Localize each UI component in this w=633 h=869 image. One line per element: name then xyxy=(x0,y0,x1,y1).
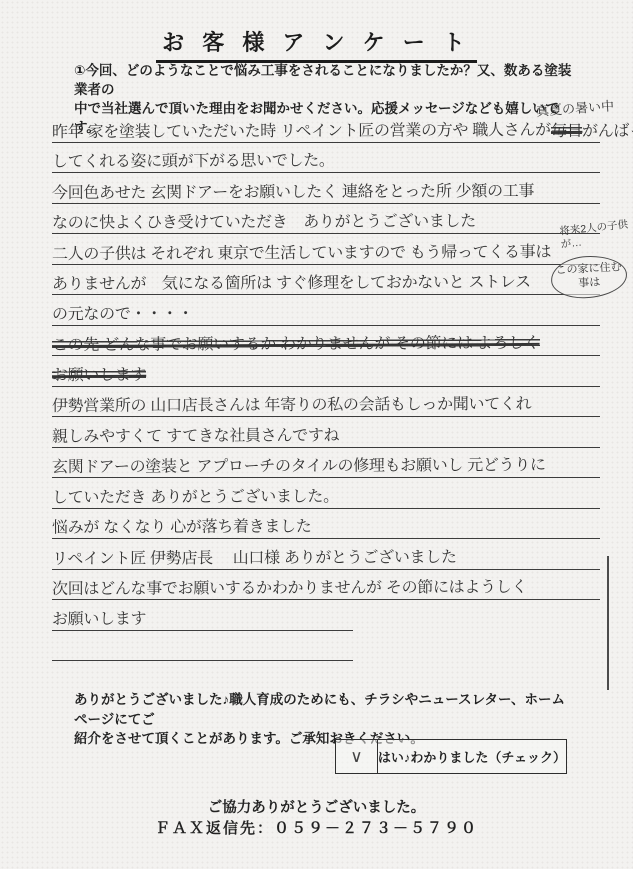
scan-artifact-line xyxy=(607,556,609,690)
handwriting-line-17: お願いします xyxy=(52,600,353,631)
handwriting-text: していただき ありがとうございました。 xyxy=(52,483,339,508)
check-mark-icon: ∨ xyxy=(350,747,362,767)
handwriting-text: 親しみやすくて すてきな社員さんですね xyxy=(52,422,339,447)
handwriting-struck-text: 毎日 xyxy=(551,117,583,141)
acknowledge-checkbox-group: ∨ はい♪わかりました（チェック） xyxy=(335,739,567,774)
survey-question-line1: ①今回、どのようなことで悩み工事をされることになりましたか？又、数ある塗装業者の xyxy=(74,62,572,100)
handwriting-text: リペイント匠 伊勢店長 山口様 ありがとうございました xyxy=(52,544,457,570)
handwritten-answer-area: 昨年 家を塗装していただいた時 リペイント匠の営業の方や 職人さんが毎日がんばっ… xyxy=(52,112,600,661)
handwriting-line-6: ありませんが 気になる箇所は すぐ修理をしておかないと ストレス xyxy=(52,265,600,296)
handwriting-struck-text: この先 どんな事でお願いするか わかりませんが その節には よろしく xyxy=(52,330,540,356)
handwriting-line-13: していただき ありがとうございました。 xyxy=(52,478,600,509)
acknowledge-checkbox: ∨ xyxy=(336,740,378,773)
handwriting-line-5: 二人の子供は それぞれ 東京で生活していますので もう帰ってくる事は xyxy=(52,234,600,265)
handwriting-text: 昨年 家を塗装していただいた時 リペイント匠の営業の方や 職人さんが xyxy=(52,116,551,142)
handwriting-text: ありませんが 気になる箇所は すぐ修理をしておかないと ストレス xyxy=(52,269,531,295)
handwriting-line-2: してくれる姿に頭が下がる思いでした。 xyxy=(52,143,600,174)
handwriting-line-4: なのに快よくひき受けていただき ありがとうございました xyxy=(52,204,600,235)
handwriting-line-16: 次回はどんな事でお願いするかわかりませんが その節にはようしく xyxy=(52,570,600,601)
handwriting-text: 悩みが なくなり 心が落ち着きました xyxy=(52,513,312,538)
handwriting-line-11: 親しみやすくて すてきな社員さんですね xyxy=(52,417,600,448)
handwriting-line-3: 今回色あせた 玄関ドアーをお願いしたく 連絡をとった所 少額の工事 xyxy=(52,173,600,204)
handwriting-line-9-struck: お願いします xyxy=(52,356,600,387)
handwriting-line-1: 昨年 家を塗装していただいた時 リペイント匠の営業の方や 職人さんが毎日がんばっ… xyxy=(52,112,600,143)
handwriting-line-18-empty xyxy=(52,631,353,662)
handwriting-text: 伊勢営業所の 山口店長さんは 年寄りの私の会話もしっか聞いてくれ xyxy=(52,391,531,417)
handwriting-line-14: 悩みが なくなり 心が落ち着きました xyxy=(52,509,600,540)
handwriting-text: 二人の子供は それぞれ 東京で生活していますので もう帰ってくる事は xyxy=(52,238,551,264)
handwriting-line-7: の元なので・・・・ xyxy=(52,295,600,326)
handwriting-text: なのに快よくひき受けていただき ありがとうございました xyxy=(52,208,476,234)
closing-thanks: ご協力ありがとうございました。 xyxy=(0,796,633,817)
handwriting-text: 玄関ドアーの塗装と アプローチのタイルの修理もお願いし 元どうりに xyxy=(52,452,546,478)
handwriting-line-8-struck: この先 どんな事でお願いするか わかりませんが その節には よろしく xyxy=(52,326,600,357)
handwriting-text: 今回色あせた 玄関ドアーをお願いしたく 連絡をとった所 少額の工事 xyxy=(52,177,534,203)
handwriting-text: お願いします xyxy=(52,605,146,629)
acknowledge-checkbox-label: はい♪わかりました（チェック） xyxy=(378,740,566,773)
page-title: お 客 様 ア ン ケ ー ト xyxy=(0,26,633,63)
handwriting-text: の元なので・・・・ xyxy=(52,300,193,325)
handwriting-line-12: 玄関ドアーの塗装と アプローチのタイルの修理もお願いし 元どうりに xyxy=(52,448,600,479)
handwriting-text: がんばって xyxy=(582,117,633,141)
handwriting-line-15: リペイント匠 伊勢店長 山口様 ありがとうございました xyxy=(52,539,600,570)
handwriting-text: 次回はどんな事でお願いするかわかりませんが その節にはようしく xyxy=(52,574,527,600)
page-title-text: お 客 様 ア ン ケ ー ト xyxy=(156,26,477,63)
footer-notice-line1: ありがとうございました♪職人育成のためにも、チラシやニュースレター、ホームページ… xyxy=(74,690,574,729)
handwriting-text: してくれる姿に頭が下がる思いでした。 xyxy=(52,147,335,172)
handwriting-struck-text: お願いします xyxy=(52,361,146,385)
fax-reply-number: ＦＡＸ返信先：０５９－２７３－５７９０ xyxy=(0,817,633,838)
handwriting-line-10: 伊勢営業所の 山口店長さんは 年寄りの私の会話もしっか聞いてくれ xyxy=(52,387,600,418)
